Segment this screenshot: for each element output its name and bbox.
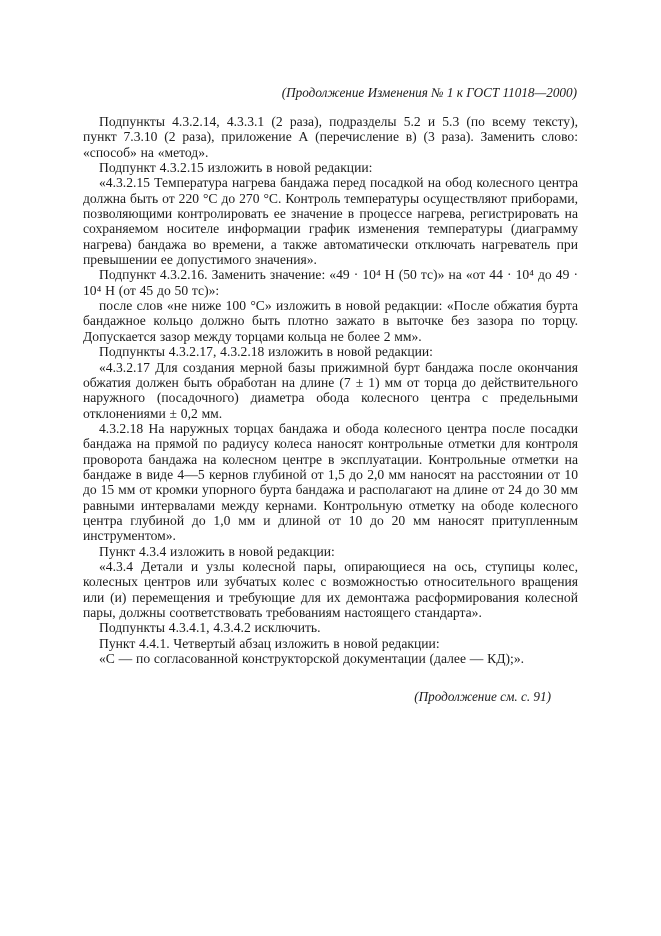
paragraph: Подпункт 4.3.2.16. Заменить значение: «4… bbox=[83, 267, 578, 298]
document-body: Подпункты 4.3.2.14, 4.3.3.1 (2 раза), по… bbox=[83, 114, 578, 704]
paragraph: «4.3.2.15 Температура нагрева бандажа пе… bbox=[83, 175, 578, 267]
paragraph: Подпункты 4.3.4.1, 4.3.4.2 исключить. bbox=[83, 620, 578, 635]
paragraph: Подпункты 4.3.2.14, 4.3.3.1 (2 раза), по… bbox=[83, 114, 578, 160]
paragraph: Подпункты 4.3.2.17, 4.3.2.18 изложить в … bbox=[83, 344, 578, 359]
document-page: (Продолжение Изменения № 1 к ГОСТ 11018—… bbox=[0, 0, 661, 936]
paragraph: «С — по согласованной конструкторской до… bbox=[83, 651, 578, 666]
paragraph: 4.3.2.18 На наружных торцах бандажа и об… bbox=[83, 421, 578, 544]
paragraph: «4.3.2.17 Для создания мерной базы прижи… bbox=[83, 360, 578, 421]
continuation-footer: (Продолжение см. с. 91) bbox=[83, 689, 578, 704]
paragraph: Пункт 4.4.1. Четвертый абзац изложить в … bbox=[83, 636, 578, 651]
running-header: (Продолжение Изменения № 1 к ГОСТ 11018—… bbox=[83, 85, 577, 100]
paragraph: Пункт 4.3.4 изложить в новой редакции: bbox=[83, 544, 578, 559]
paragraph: Подпункт 4.3.2.15 изложить в новой редак… bbox=[83, 160, 578, 175]
paragraph: после слов «не ниже 100 °С» изложить в н… bbox=[83, 298, 578, 344]
paragraph: «4.3.4 Детали и узлы колесной пары, опир… bbox=[83, 559, 578, 620]
